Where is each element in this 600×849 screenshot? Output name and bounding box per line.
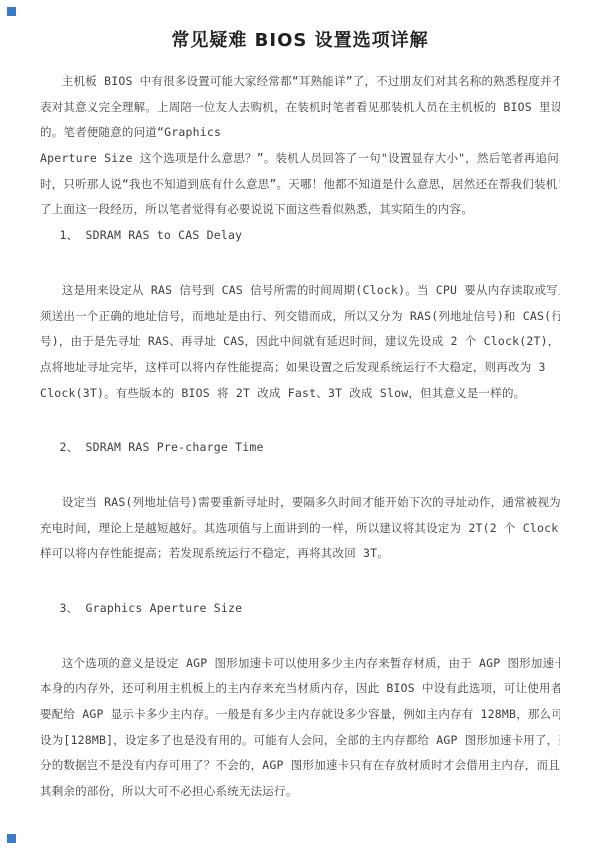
top-left-corner-marker: [7, 7, 16, 16]
document-line: 的。笔者便随意的问道“Graphics: [40, 120, 560, 146]
bottom-left-corner-marker: [7, 834, 16, 843]
document-line: 表对其意义完全理解。上周陪一位友人去购机，在装机时笔者看见那装机人员在主机板的 …: [40, 95, 560, 121]
document-line: 设定当 RAS(列地址信号)需要重新寻址时，要隔多久时间才能开始下次的寻址动作，…: [40, 490, 560, 516]
document-line: 号)，由于是先寻址 RAS、再寻址 CAS，因此中间就有延迟时间，建议先设成 2…: [40, 329, 560, 355]
paragraph-gap: [40, 622, 560, 651]
section-heading: 2、 SDRAM RAS Pre-charge Time: [40, 435, 560, 461]
paragraph-gap: [40, 567, 560, 596]
document-line: 样可以将内存性能提高；若发现系统运行不稳定，再将其改回 3T。: [40, 541, 560, 567]
document-line: 时，只听那人说“我也不知道到底有什么意思”。天哪！他都不知道是什么意思，居然还在…: [40, 172, 560, 198]
paragraph-gap: [40, 406, 560, 435]
document-line: 须送出一个正确的地址信号，而地址是由行、列交错而成，所以又分为 RAS(列地址信…: [40, 304, 560, 330]
paragraph-gap: [40, 461, 560, 490]
page-title: 常见疑难 BIOS 设置选项详解: [0, 26, 600, 52]
document-line: 其剩余的部份，所以大可不必担心系统无法运行。: [40, 779, 560, 805]
document-line: 设为[128MB]，设定多了也是没有用的。可能有人会问，全部的主内存都给 AGP…: [40, 728, 560, 754]
document-line: 主机板 BIOS 中有很多设置可能大家经常都“耳熟能详”了，不过朋友们对其名称的…: [40, 69, 560, 95]
document-line: 分的数据岂不是没有内存可用了？不会的，AGP 图形加速卡只有在存放材质时才会借用…: [40, 753, 560, 779]
section-heading: 1、 SDRAM RAS to CAS Delay: [40, 223, 560, 249]
document-line: 本身的内存外，还可利用主机板上的主内存来充当材质内存，因此 BIOS 中设有此选…: [40, 676, 560, 702]
document-line: 这是用来设定从 RAS 信号到 CAS 信号所需的时间周期(Clock)。当 C…: [40, 278, 560, 304]
document-line: Aperture Size 这个选项是什么意思？”。装机人员回答了一句"设置显存…: [40, 146, 560, 172]
document-page: 常见疑难 BIOS 设置选项详解 主机板 BIOS 中有很多设置可能大家经常都“…: [0, 0, 600, 849]
paragraph-gap: [40, 249, 560, 278]
document-line: 这个选项的意义是设定 AGP 图形加速卡可以使用多少主内存来暂存材质，由于 AG…: [40, 651, 560, 677]
document-line: Clock(3T)。有些版本的 BIOS 将 2T 改成 Fast、3T 改成 …: [40, 381, 560, 407]
document-body: 主机板 BIOS 中有很多设置可能大家经常都“耳熟能详”了，不过朋友们对其名称的…: [0, 69, 600, 805]
section-heading: 3、 Graphics Aperture Size: [40, 596, 560, 622]
document-line: 点将地址寻址完毕，这样可以将内存性能提高；如果设置之后发现系统运行不大稳定，则再…: [40, 355, 560, 381]
document-line: 充电时间，理论上是越短越好。其选项值与上面讲到的一样，所以建议将其设定为 2T(…: [40, 516, 560, 542]
document-line: 要配给 AGP 显示卡多少主内存。一般是有多少主内存就设多少容量，例如主内存有 …: [40, 702, 560, 728]
document-line: 了上面这一段经历，所以笔者觉得有必要说说下面这些看似熟悉，其实陌生的内容。: [40, 197, 560, 223]
